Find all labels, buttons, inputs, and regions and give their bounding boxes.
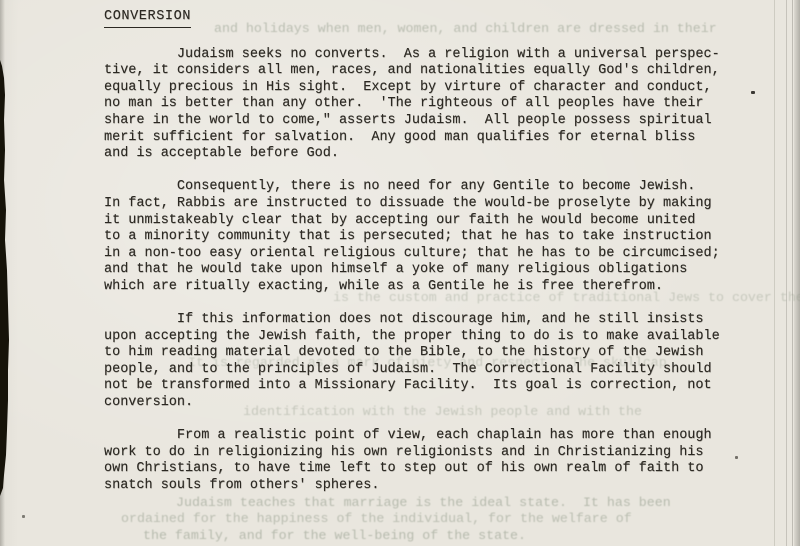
paper-crease-line [786,0,787,546]
bleedthrough-line: the family, and for the well-being of th… [143,528,526,545]
scan-speck [22,515,25,518]
scan-speck [751,91,755,94]
paragraph: From a realistic point of view, each cha… [104,428,772,494]
paper-crease-line [792,0,793,546]
document-content: CONVERSION Judaism seeks no converts. As… [104,9,772,511]
paper-crease-line [774,0,775,546]
scan-dark-tear-edge [0,0,14,546]
scan-speck [735,456,738,459]
bleedthrough-line: ordained for the happiness of the indivi… [121,511,632,528]
scanned-document-page: and holidays when men, women, and childr… [0,0,800,546]
scan-right-edge [794,0,800,546]
paragraph-list: Judaism seeks no converts. As a religion… [104,47,772,495]
paragraph: If this information does not discourage … [104,312,772,412]
document-title: CONVERSION [104,9,191,28]
paragraph: Judaism seeks no converts. As a religion… [104,47,772,163]
paragraph: Consequently, there is no need for any G… [104,179,772,295]
